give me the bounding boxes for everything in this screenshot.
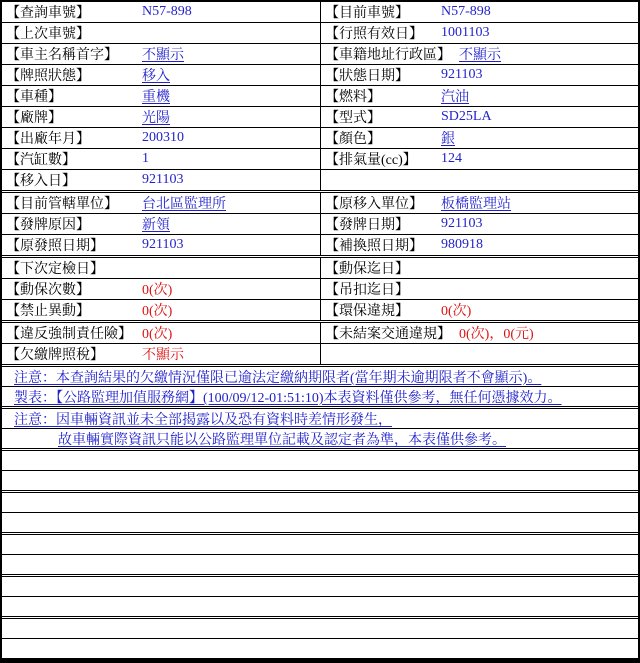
field-label: 【違反強制責任險】 — [2, 323, 134, 343]
field-value: 124 — [433, 151, 462, 167]
right-cell: 【補換照日期】980918 — [321, 235, 638, 255]
field-value: 1 — [134, 151, 149, 167]
field-label: 【目前管轄單位】 — [2, 193, 134, 213]
right-cell: 【目前車號】N57-898 — [321, 2, 638, 22]
table-row: 【發牌原因】新領【發牌日期】921103 — [2, 214, 638, 235]
field-label: 【燃料】 — [321, 86, 433, 106]
table-row: 【原發照日期】921103【補換照日期】980918 — [2, 235, 638, 258]
field-label: 【環保違規】 — [321, 300, 433, 320]
table-row: 【違反強制責任險】0(次)【未結案交通違規】0(次)，0(元) — [2, 323, 638, 344]
bottom-black-band — [2, 659, 638, 661]
field-label: 【排氣量(cc)】 — [321, 149, 433, 169]
left-cell: 【車主名稱首字】不顯示 — [2, 44, 321, 64]
right-cell: 【狀態日期】921103 — [321, 65, 638, 85]
left-cell: 【出廠年月】200310 — [2, 128, 321, 148]
table-row: 【車種】重機【燃料】汽油 — [2, 86, 638, 107]
field-label: 【上次車號】 — [2, 23, 134, 43]
note-row: 注意：因車輛資訊並未全部揭露以及恐有資料時差情形發生， — [2, 409, 638, 429]
field-value: 921103 — [433, 216, 482, 232]
left-cell: 【廠牌】光陽 — [2, 107, 321, 127]
empty-rows-section — [2, 451, 638, 659]
field-value: 980918 — [433, 237, 483, 253]
table-row: 【下次定檢日】【動保迄日】 — [2, 258, 638, 279]
right-cell: 【型式】SD25LA — [321, 107, 638, 127]
field-label: 【補換照日期】 — [321, 235, 433, 255]
field-label: 【牌照狀態】 — [2, 65, 134, 85]
empty-row — [2, 513, 638, 535]
field-value: 0(次) — [134, 300, 172, 320]
table-row: 【查詢車號】N57-898【目前車號】N57-898 — [2, 2, 638, 23]
field-value: 0(次) — [134, 279, 172, 299]
right-cell: 【排氣量(cc)】124 — [321, 149, 638, 169]
field-value: 板橋監理站 — [433, 193, 511, 213]
field-label: 【發牌日期】 — [321, 214, 433, 234]
left-cell: 【查詢車號】N57-898 — [2, 2, 321, 22]
note-text: 故車輛實際資訊只能以公路監理單位記載及認定者為準，本表僅供參考。 — [2, 429, 506, 449]
field-value: 921103 — [134, 172, 183, 188]
field-value: N57-898 — [134, 4, 192, 20]
field-label: 【廠牌】 — [2, 107, 134, 127]
field-label: 【型式】 — [321, 107, 433, 127]
left-cell: 【發牌原因】新領 — [2, 214, 321, 234]
field-label: 【汽缸數】 — [2, 149, 134, 169]
right-cell — [321, 170, 638, 190]
left-cell: 【車種】重機 — [2, 86, 321, 106]
note-row: 注意：本查詢結果的欠繳情況僅限已逾法定繳納期限者(當年期未逾期限者不會顯示)。 — [2, 367, 638, 387]
field-value: 不顯示 — [134, 344, 184, 364]
field-label: 【動保迄日】 — [321, 258, 433, 278]
table-row: 【動保次數】0(次)【吊扣迄日】 — [2, 279, 638, 300]
vehicle-query-table: 【查詢車號】N57-898【目前車號】N57-898【上次車號】【行照有效日】1… — [2, 2, 638, 367]
left-cell: 【禁止異動】0(次) — [2, 300, 321, 320]
field-label: 【發牌原因】 — [2, 214, 134, 234]
field-label: 【欠繳牌照稅】 — [2, 344, 134, 364]
field-label: 【行照有效日】 — [321, 23, 433, 43]
notes-section: 注意：本查詢結果的欠繳情況僅限已逾法定繳納期限者(當年期未逾期限者不會顯示)。製… — [2, 367, 638, 451]
field-label: 【原發照日期】 — [2, 235, 134, 255]
left-cell: 【目前管轄單位】台北區監理所 — [2, 193, 321, 213]
field-label: 【下次定檢日】 — [2, 258, 134, 278]
field-value: 1001103 — [433, 25, 489, 41]
empty-row — [2, 619, 638, 639]
field-value: SD25LA — [433, 109, 492, 125]
table-row: 【移入日】921103 — [2, 170, 638, 193]
field-label: 【車主名稱首字】 — [2, 44, 134, 64]
empty-row — [2, 597, 638, 619]
field-value: 0(次)，0(元) — [451, 323, 534, 343]
field-label: 【吊扣迄日】 — [321, 279, 433, 299]
left-cell: 【下次定檢日】 — [2, 258, 321, 278]
table-row: 【禁止異動】0(次)【環保違規】0(次) — [2, 300, 638, 323]
right-cell: 【車籍地址行政區】不顯示 — [321, 44, 638, 64]
field-value: 光陽 — [134, 107, 170, 127]
field-value: 921103 — [433, 67, 482, 83]
right-cell — [321, 344, 638, 364]
field-value: 不顯示 — [134, 44, 184, 64]
field-label: 【車種】 — [2, 86, 134, 106]
table-row: 【汽缸數】1【排氣量(cc)】124 — [2, 149, 638, 170]
table-row: 【欠繳牌照稅】不顯示 — [2, 344, 638, 367]
field-value: N57-898 — [433, 4, 491, 20]
table-row: 【車主名稱首字】不顯示【車籍地址行政區】不顯示 — [2, 44, 638, 65]
right-cell: 【燃料】汽油 — [321, 86, 638, 106]
field-label: 【查詢車號】 — [2, 2, 134, 22]
field-value: 不顯示 — [451, 44, 501, 64]
field-label: 【狀態日期】 — [321, 65, 433, 85]
left-cell: 【原發照日期】921103 — [2, 235, 321, 255]
field-label: 【禁止異動】 — [2, 300, 134, 320]
left-cell: 【違反強制責任險】0(次) — [2, 323, 321, 343]
empty-row — [2, 577, 638, 597]
left-cell: 【移入日】921103 — [2, 170, 321, 190]
right-cell: 【發牌日期】921103 — [321, 214, 638, 234]
right-cell: 【行照有效日】1001103 — [321, 23, 638, 43]
left-cell: 【動保次數】0(次) — [2, 279, 321, 299]
table-row: 【出廠年月】200310【顏色】銀 — [2, 128, 638, 149]
right-cell: 【動保迄日】 — [321, 258, 638, 278]
field-value: 移入 — [134, 65, 170, 85]
empty-row — [2, 451, 638, 471]
empty-row — [2, 493, 638, 513]
field-label: 【未結案交通違規】 — [321, 323, 451, 343]
empty-row — [2, 639, 638, 659]
table-row: 【上次車號】【行照有效日】1001103 — [2, 23, 638, 44]
field-value: 汽油 — [433, 86, 469, 106]
empty-row — [2, 535, 638, 555]
table-row: 【廠牌】光陽【型式】SD25LA — [2, 107, 638, 128]
field-value: 重機 — [134, 86, 170, 106]
field-value: 0(次) — [134, 323, 172, 343]
table-row: 【牌照狀態】移入【狀態日期】921103 — [2, 65, 638, 86]
field-label: 【出廠年月】 — [2, 128, 134, 148]
field-label: 【車籍地址行政區】 — [321, 44, 451, 64]
field-label: 【目前車號】 — [321, 2, 433, 22]
note-row: 製表：【公路監理加值服務網】(100/09/12-01:51:10)本表資料僅供… — [2, 387, 638, 409]
note-text: 注意：因車輛資訊並未全部揭露以及恐有資料時差情形發生， — [2, 409, 392, 429]
note-row: 故車輛實際資訊只能以公路監理單位記載及認定者為準，本表僅供參考。 — [2, 429, 638, 451]
right-cell: 【未結案交通違規】0(次)，0(元) — [321, 323, 638, 343]
field-value: 921103 — [134, 237, 183, 253]
field-value: 銀 — [433, 128, 455, 148]
left-cell: 【欠繳牌照稅】不顯示 — [2, 344, 321, 364]
field-value: 200310 — [134, 130, 184, 146]
note-text: 製表：【公路監理加值服務網】(100/09/12-01:51:10)本表資料僅供… — [2, 387, 562, 407]
left-cell: 【上次車號】 — [2, 23, 321, 43]
field-value: 0(次) — [433, 300, 471, 320]
left-cell: 【牌照狀態】移入 — [2, 65, 321, 85]
field-label: 【原移入單位】 — [321, 193, 433, 213]
field-value: 新領 — [134, 214, 170, 234]
field-label: 【顏色】 — [321, 128, 433, 148]
field-label: 【動保次數】 — [2, 279, 134, 299]
left-cell: 【汽缸數】1 — [2, 149, 321, 169]
empty-row — [2, 555, 638, 577]
right-cell: 【環保違規】0(次) — [321, 300, 638, 320]
right-cell: 【吊扣迄日】 — [321, 279, 638, 299]
field-label: 【移入日】 — [2, 170, 134, 190]
right-cell: 【顏色】銀 — [321, 128, 638, 148]
vehicle-query-report: 【查詢車號】N57-898【目前車號】N57-898【上次車號】【行照有效日】1… — [0, 0, 640, 663]
empty-row — [2, 471, 638, 493]
right-cell: 【原移入單位】板橋監理站 — [321, 193, 638, 213]
note-text: 注意：本查詢結果的欠繳情況僅限已逾法定繳納期限者(當年期未逾期限者不會顯示)。 — [2, 367, 541, 387]
table-row: 【目前管轄單位】台北區監理所【原移入單位】板橋監理站 — [2, 193, 638, 214]
field-value: 台北區監理所 — [134, 193, 226, 213]
